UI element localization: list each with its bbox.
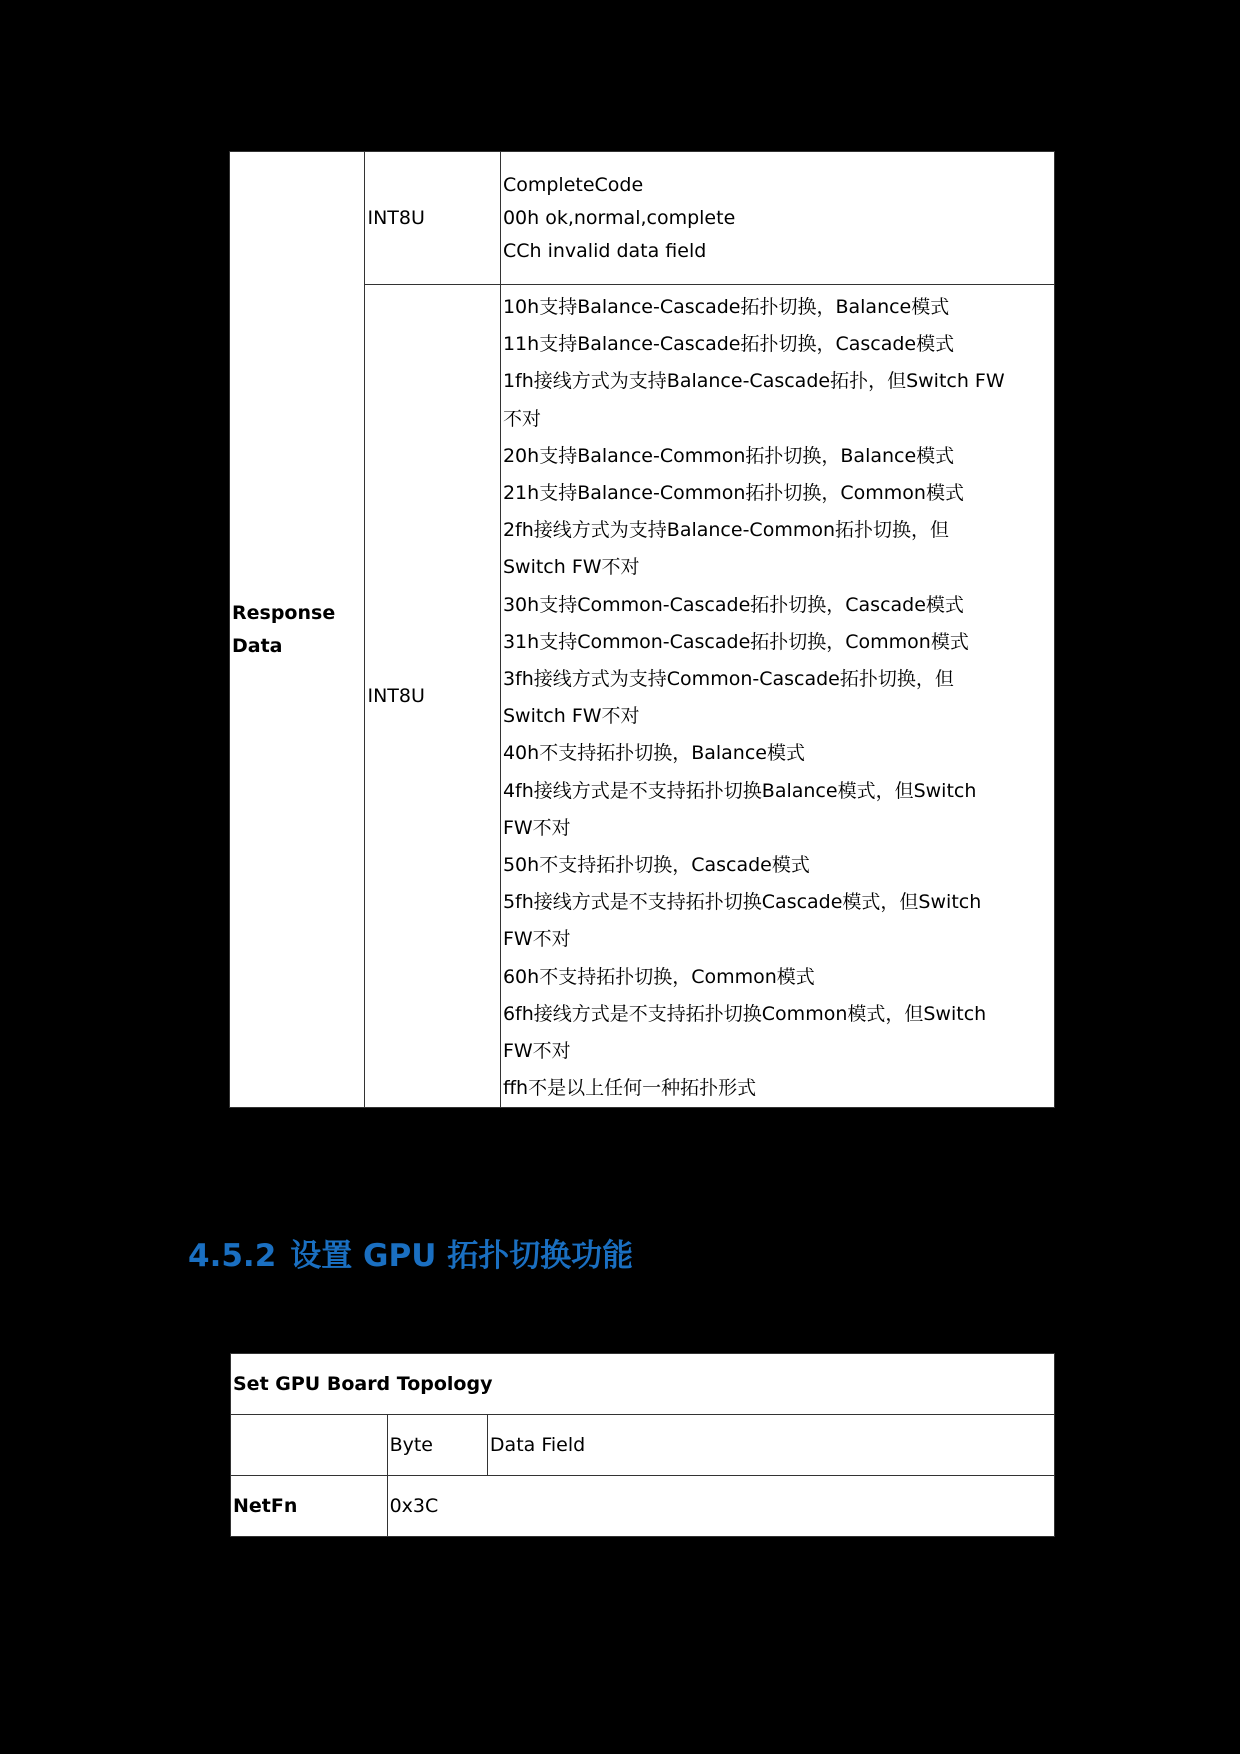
netfn-label: NetFn [231,1476,388,1537]
description-cell: CompleteCode 00h ok,normal,complete CCh … [500,152,1054,285]
response-data-label: Response Data [230,152,365,1108]
desc-line: CompleteCode [503,169,1054,202]
desc-line: 10h支持Balance-Cascade拓扑切换，Balance模式 [503,289,1054,326]
desc-line: Switch FW不对 [503,549,1054,586]
header-blank [231,1415,388,1476]
desc-line: FW不对 [503,921,1054,958]
header-data-field: Data Field [487,1415,1054,1476]
command-table: Set GPU Board Topology Byte Data Field N… [230,1353,1055,1537]
desc-line: 6fh接线方式是不支持拓扑切换Common模式，但Switch [503,996,1054,1033]
response-data-table: Response Data INT8U CompleteCode 00h ok,… [229,151,1055,1108]
header-byte: Byte [387,1415,487,1476]
desc-line: 2fh接线方式为支持Balance-Common拓扑切换，但 [503,512,1054,549]
desc-line: FW不对 [503,1033,1054,1070]
desc-line: 20h支持Balance-Common拓扑切换，Balance模式 [503,438,1054,475]
desc-line: 1fh接线方式为支持Balance-Cascade拓扑，但Switch FW [503,363,1054,400]
desc-line: 不对 [503,401,1054,438]
desc-line: 3fh接线方式为支持Common-Cascade拓扑切换，但 [503,661,1054,698]
table-row: NetFn 0x3C [231,1476,1055,1537]
description-cell: 10h支持Balance-Cascade拓扑切换，Balance模式11h支持B… [500,285,1054,1108]
label-line: Data [232,630,364,663]
section-number: 4.5.2 [188,1238,276,1274]
desc-line: 40h不支持拓扑切换，Balance模式 [503,735,1054,772]
desc-line: 5fh接线方式是不支持拓扑切换Cascade模式，但Switch [503,884,1054,921]
desc-line: Switch FW不对 [503,698,1054,735]
desc-line: 30h支持Common-Cascade拓扑切换，Cascade模式 [503,587,1054,624]
desc-line: 60h不支持拓扑切换，Common模式 [503,959,1054,996]
label-line: Response [232,597,364,630]
section-heading: 4.5.2设置 GPU 拓扑切换功能 [188,1230,633,1275]
type-cell: INT8U [365,152,500,285]
desc-line: ffh不是以上任何一种拓扑形式 [503,1070,1054,1107]
topology-code-list: 10h支持Balance-Cascade拓扑切换，Balance模式11h支持B… [503,285,1054,1107]
netfn-value: 0x3C [387,1476,1054,1537]
desc-line: FW不对 [503,810,1054,847]
type-cell: INT8U [365,285,500,1108]
desc-line: 50h不支持拓扑切换，Cascade模式 [503,847,1054,884]
desc-line: 00h ok,normal,complete [503,202,1054,235]
table-title-row: Set GPU Board Topology [231,1354,1055,1415]
table-header-row: Byte Data Field [231,1415,1055,1476]
desc-line: 4fh接线方式是不支持拓扑切换Balance模式，但Switch [503,773,1054,810]
desc-line: CCh invalid data field [503,235,1054,268]
command-title: Set GPU Board Topology [231,1354,1055,1415]
desc-line: 11h支持Balance-Cascade拓扑切换，Cascade模式 [503,326,1054,363]
table-row: Response Data INT8U CompleteCode 00h ok,… [230,152,1055,285]
section-title: 设置 GPU 拓扑切换功能 [290,1238,633,1274]
desc-line: 21h支持Balance-Common拓扑切换，Common模式 [503,475,1054,512]
desc-line: 31h支持Common-Cascade拓扑切换，Common模式 [503,624,1054,661]
